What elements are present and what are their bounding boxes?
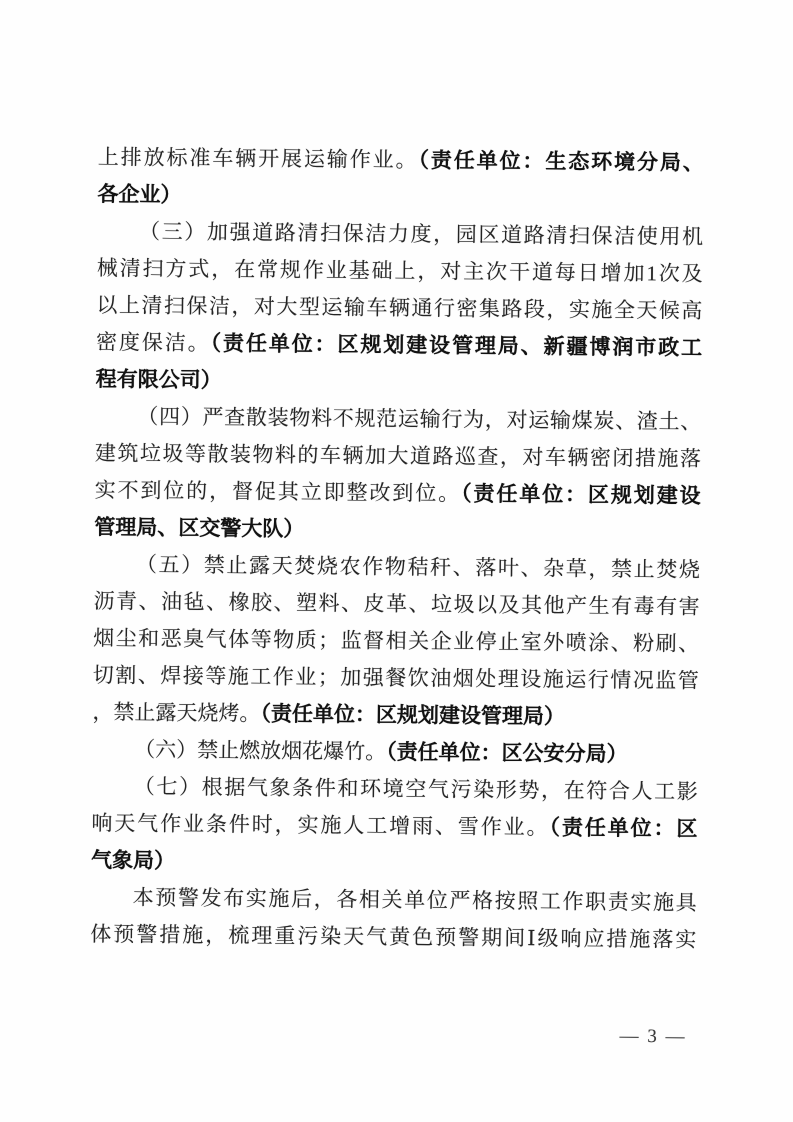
responsible-unit-segment: （责任单位：区 [549, 816, 697, 840]
text-line: 密度保洁。（责任单位：区规划建设管理局、新疆博润市政工 [96, 324, 702, 367]
text-segment: （五）禁止露天焚烧农作物秸秆、落叶、杂草，禁止焚烧 [136, 552, 700, 581]
text-segment: 响天气作业条件时，实施人工增雨、雪作业。 [91, 811, 549, 839]
text-line: 切割、焊接等施工作业；加强餐饮油烟处理设施运行情况监管 [93, 657, 699, 700]
text-segment: ，禁止露天烧烤。 [92, 700, 260, 726]
text-segment: 切割、焊接等施工作业；加强餐饮油烟处理设施运行情况监管 [93, 663, 699, 693]
text-segment: 实不到位的，督促其立即整改到位。 [95, 478, 462, 506]
text-segment: 上排放标准车辆开展运输作业。 [98, 145, 419, 172]
text-line: 实不到位的，督促其立即整改到位。（责任单位：区规划建设 [94, 472, 700, 515]
text-line: （六）禁止燃放烟花爆竹。（责任单位：区公安分局） [92, 731, 698, 774]
text-segment: 械清扫方式，在常规作业基础上，对主次干道每日增加1次及 [97, 256, 703, 286]
document-body: 上排放标准车辆开展运输作业。（责任单位：生态环境分局、各企业）（三）加强道路清扫… [90, 139, 704, 959]
text-segment: 密度保洁。 [96, 330, 211, 355]
responsible-unit-segment: 程有限公司） [96, 368, 222, 392]
text-segment: 本预警发布实施后，各相关单位严格按照工作职责实施具 [133, 885, 697, 914]
responsible-unit-segment: 气象局） [91, 849, 175, 873]
text-segment: （七）根据气象条件和环境空气污染形势，在符合人工影 [134, 774, 698, 803]
text-line: 本预警发布实施后，各相关单位严格按照工作职责实施具 [91, 879, 697, 922]
text-segment: （三）加强道路清扫保洁力度，园区道路清扫保洁使用机 [139, 219, 703, 248]
responsible-unit-segment: 各企业） [97, 183, 181, 207]
text-line: 上排放标准车辆开展运输作业。（责任单位：生态环境分局、 [98, 139, 704, 182]
text-line: 各企业） [97, 176, 703, 219]
text-line: （七）根据气象条件和环境空气污染形势，在符合人工影 [92, 768, 698, 811]
text-line: 以上清扫保洁，对大型运输车辆通行密集路段，实施全天候高 [96, 287, 702, 330]
text-segment: 烟尘和恶臭气体等物质；监督相关企业停止室外喷涂、粉刷、 [93, 626, 699, 656]
responsible-unit-segment: （责任单位：区规划建设管理局） [260, 703, 565, 729]
page-number: — 3 — [598, 1025, 708, 1048]
text-segment: 以上清扫保洁，对大型运输车辆通行密集路段，实施全天候高 [96, 293, 702, 323]
responsible-unit-segment: （责任单位：区公安分局） [386, 741, 628, 766]
text-line: 程有限公司） [96, 361, 702, 404]
text-line: 体预警措施，梳理重污染天气黄色预警期间Ⅰ级响应措施落实 [90, 916, 696, 959]
responsible-unit-segment: （责任单位：区规划建设 [461, 483, 701, 508]
responsible-unit-segment: 管理局、区交警大队） [94, 516, 304, 541]
text-segment: （六）禁止燃放烟花爆竹。 [134, 737, 386, 763]
text-line: 气象局） [91, 842, 697, 885]
text-line: ，禁止露天烧烤。（责任单位：区规划建设管理局） [92, 694, 698, 737]
text-line: （五）禁止露天焚烧农作物秸秆、落叶、杂草，禁止焚烧 [94, 546, 700, 589]
text-line: 建筑垃圾等散装物料的车辆加大道路巡查，对车辆密闭措施落 [95, 435, 701, 478]
text-segment: （四）严查散装物料不规范运输行为，对运输煤炭、渣土、 [137, 404, 701, 433]
text-segment: 体预警措施，梳理重污染天气黄色预警期间Ⅰ级响应措施落实 [90, 922, 696, 952]
document-page: 上排放标准车辆开展运输作业。（责任单位：生态环境分局、各企业）（三）加强道路清扫… [0, 0, 793, 1122]
text-line: 管理局、区交警大队） [94, 509, 700, 552]
responsible-unit-segment: （责任单位：区规划建设管理局、新疆博润市政工 [210, 332, 702, 360]
text-line: （三）加强道路清扫保洁力度，园区道路清扫保洁使用机 [97, 213, 703, 256]
text-segment: 沥青、油毡、橡胶、塑料、皮革、垃圾以及其他产生有毒有害 [93, 589, 699, 619]
text-line: 烟尘和恶臭气体等物质；监督相关企业停止室外喷涂、粉刷、 [93, 620, 699, 663]
responsible-unit-segment: （责任单位：生态环境分局、 [418, 149, 704, 175]
text-line: 响天气作业条件时，实施人工增雨、雪作业。（责任单位：区 [91, 805, 697, 848]
text-line: 沥青、油毡、橡胶、塑料、皮革、垃圾以及其他产生有毒有害 [93, 583, 699, 626]
text-line: 械清扫方式，在常规作业基础上，对主次干道每日增加1次及 [97, 250, 703, 293]
text-segment: 建筑垃圾等散装物料的车辆加大道路巡查，对车辆密闭措施落 [95, 441, 701, 471]
text-line: （四）严查散装物料不规范运输行为，对运输煤炭、渣土、 [95, 398, 701, 441]
